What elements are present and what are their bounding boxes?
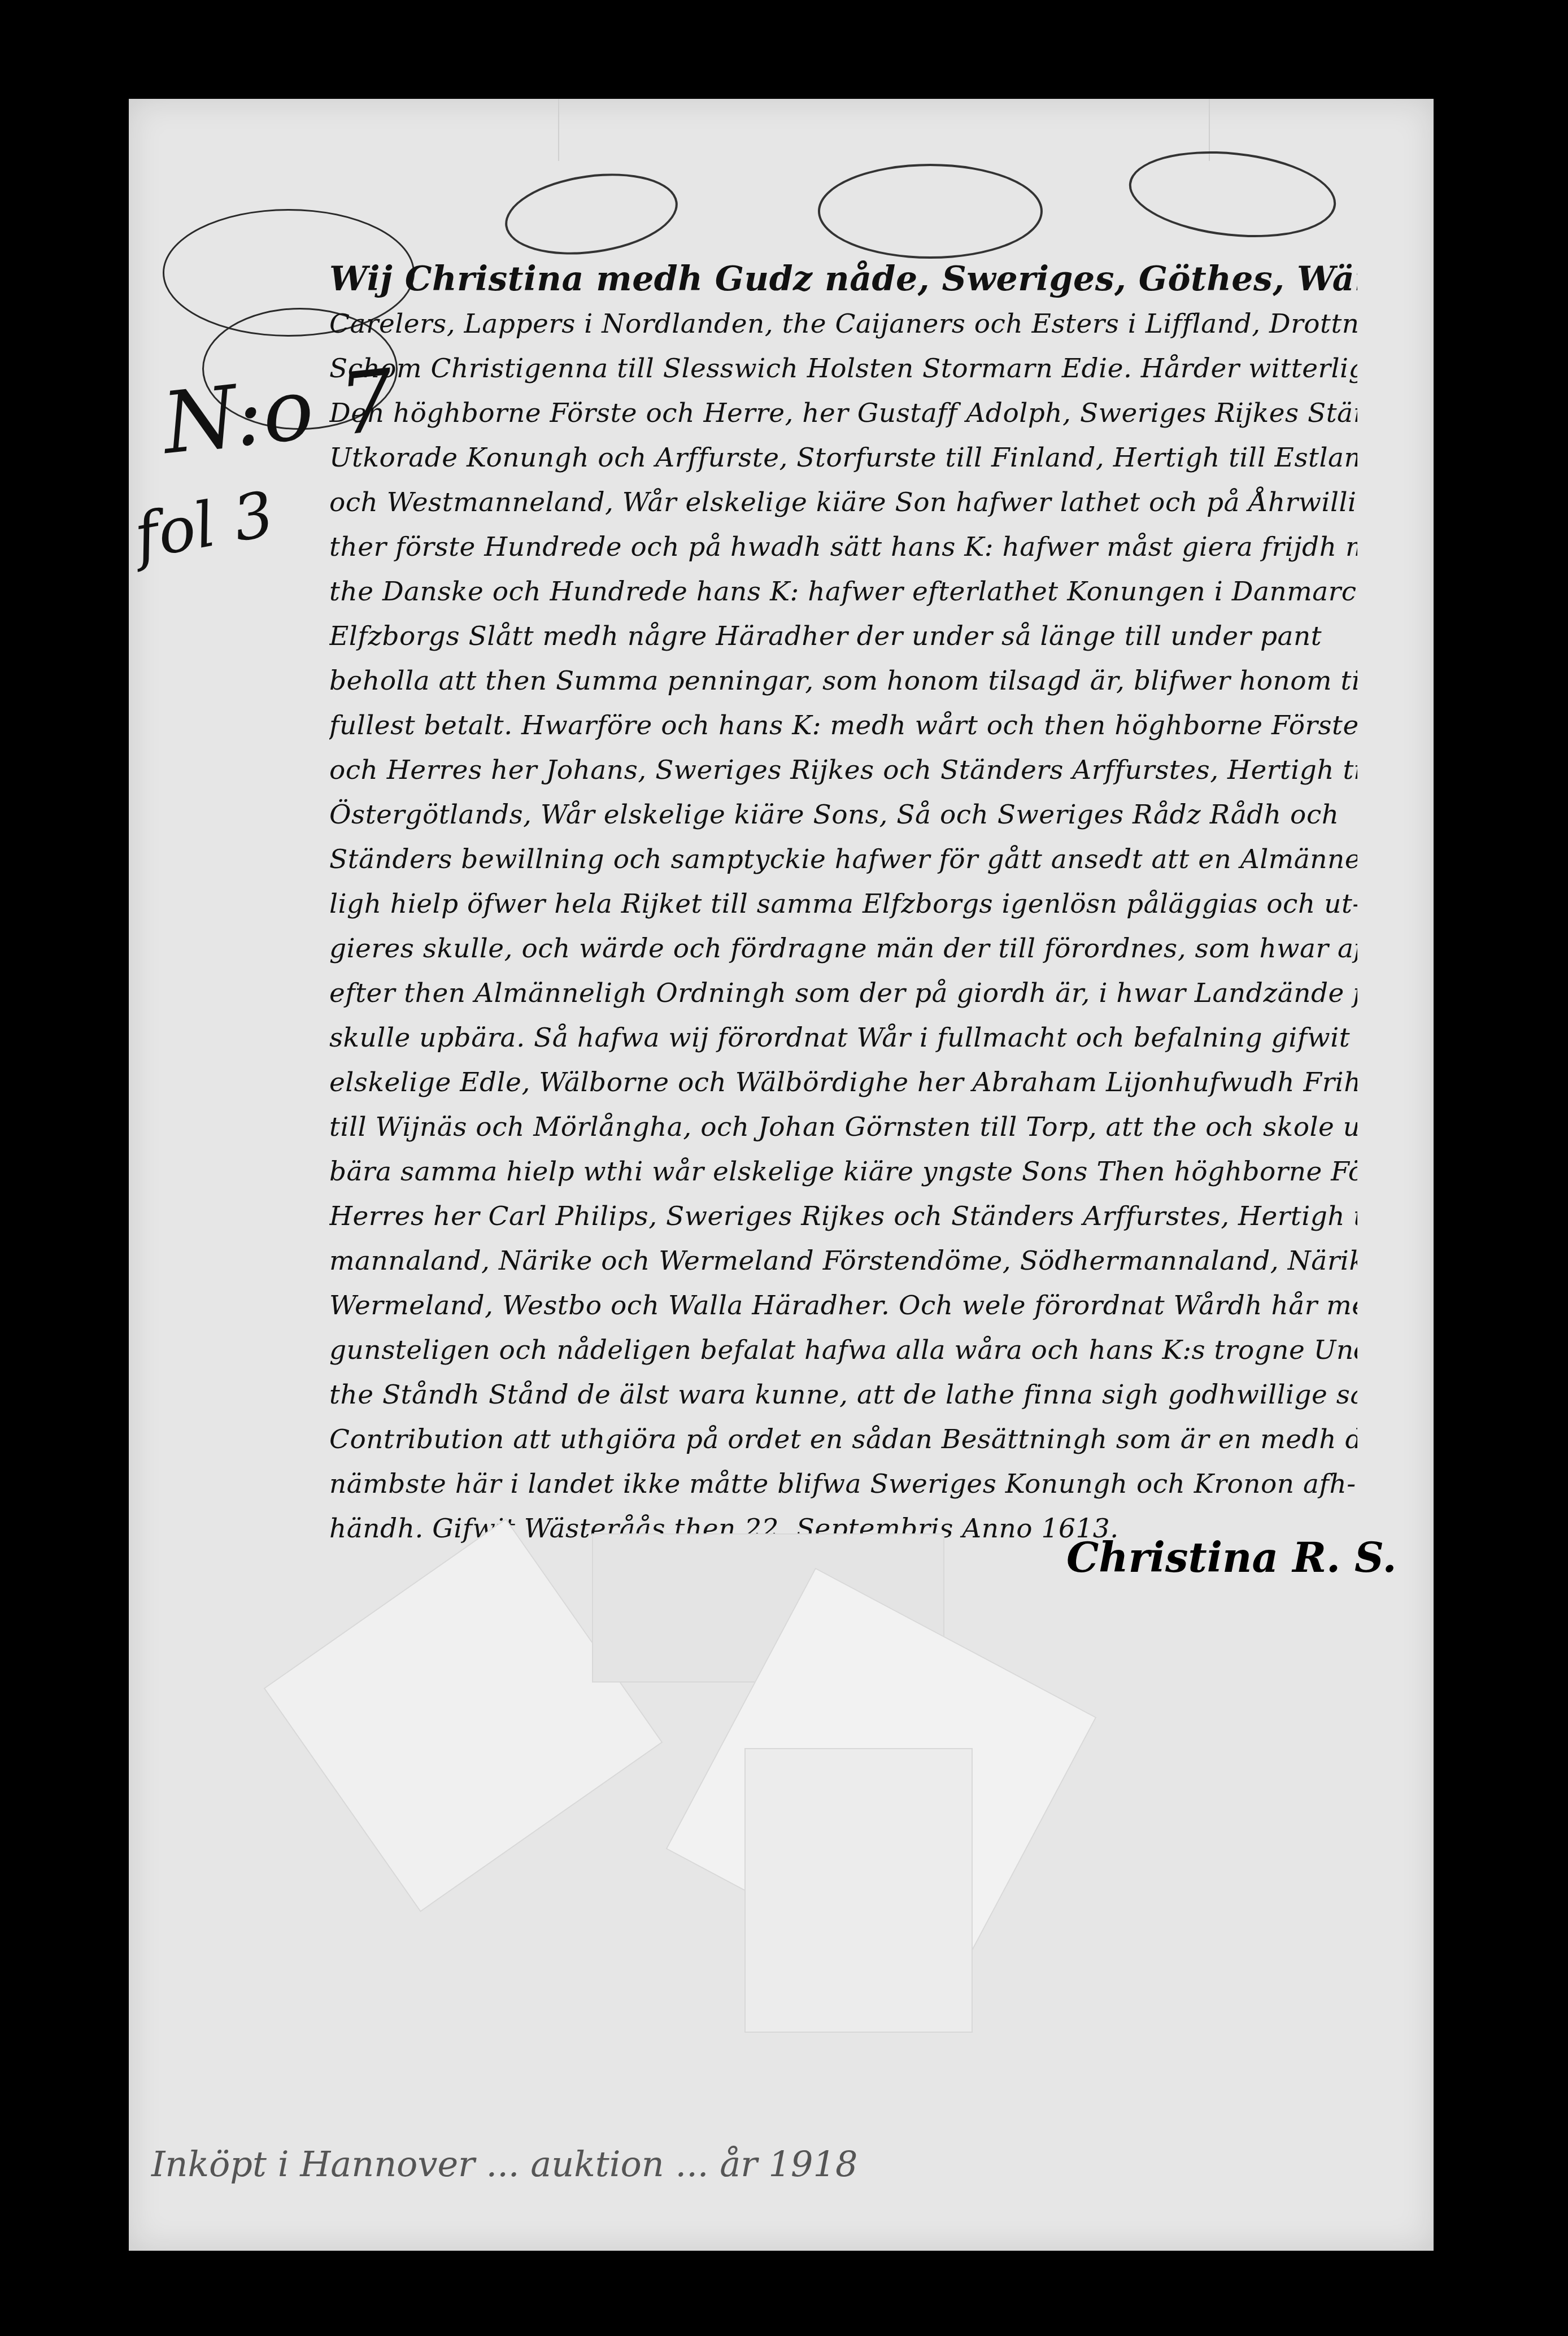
text-line: Wij Christina medh Gudz nåde, Sweriges, … (329, 257, 1357, 302)
text-line: Den höghborne Förste och Herre, her Gust… (329, 391, 1357, 435)
text-line: efter then Almänneligh Ordningh som der … (329, 971, 1357, 1016)
text-line: Utkorade Konungh och Arffurste, Storfurs… (329, 435, 1357, 480)
text-line: nämbste här i landet ikke måtte blifwa S… (329, 1462, 1357, 1506)
text-line: gunsteligen och nådeligen befalat hafwa … (329, 1328, 1357, 1372)
text-line: Contribution att uthgiöra på ordet en så… (329, 1417, 1357, 1462)
text-line: skulle upbära. Så hafwa wij förordnat Wå… (329, 1016, 1357, 1060)
text-line: elskelige Edle, Wälborne och Wälbördighe… (329, 1060, 1357, 1105)
signature: Christina R. S. (1066, 1533, 1397, 1581)
text-line: bära samma hielp wthi wår elskelige kiär… (329, 1149, 1357, 1194)
paper-fold (558, 99, 1210, 161)
text-line: Wermeland, Westbo och Walla Häradher. Oc… (329, 1283, 1357, 1328)
text-line: Östergötlands, Wår elskelige kiäre Sons,… (329, 792, 1357, 837)
text-line: mannaland, Närike och Wermeland Förstend… (329, 1239, 1357, 1283)
text-line: ther förste Hundrede och på hwadh sätt h… (329, 525, 1357, 569)
text-line: fullest betalt. Hwarföre och hans K: med… (329, 703, 1357, 748)
text-line: the Danske och Hundrede hans K: hafwer e… (329, 569, 1357, 614)
text-line: till Wijnäs och Mörlångha, och Johan Gör… (329, 1105, 1357, 1149)
seal-paper (744, 1748, 973, 2033)
text-line: och Westmanneland, Wår elskelige kiäre S… (329, 480, 1357, 525)
flourish-oval-1 (500, 163, 683, 265)
text-line: Ständers bewillning och samptyckie hafwe… (329, 837, 1357, 882)
text-line: Elfzborgs Slått medh någre Häradher der … (329, 614, 1357, 659)
text-line: Herres her Carl Philips, Sweriges Rijkes… (329, 1194, 1357, 1239)
letter-body: Wij Christina medh Gudz nåde, Sweriges, … (329, 257, 1357, 1551)
text-line: och Herres her Johans, Sweriges Rijkes o… (329, 748, 1357, 792)
text-line: the Ståndh Stånd de älst wara kunne, att… (329, 1372, 1357, 1417)
document-sheet: N:o 7 fol 3 Wij Christina medh Gudz nåde… (129, 99, 1434, 2251)
margin-note-folio: fol 3 (130, 482, 278, 568)
text-line: gieres skulle, och wärde och fördragne m… (329, 926, 1357, 971)
flourish-oval-2 (818, 164, 1043, 259)
text-line: ligh hielp öfwer hela Rijket till samma … (329, 882, 1357, 926)
text-line: beholla att then Summa penningar, som ho… (329, 659, 1357, 703)
text-line: Schom Christigenna till Slesswich Holste… (329, 346, 1357, 391)
bottom-annotation: Inköpt i Hannover ... auktion ... år 191… (151, 2143, 857, 2185)
text-line: Carelers, Lappers i Nordlanden, the Caij… (329, 302, 1357, 346)
